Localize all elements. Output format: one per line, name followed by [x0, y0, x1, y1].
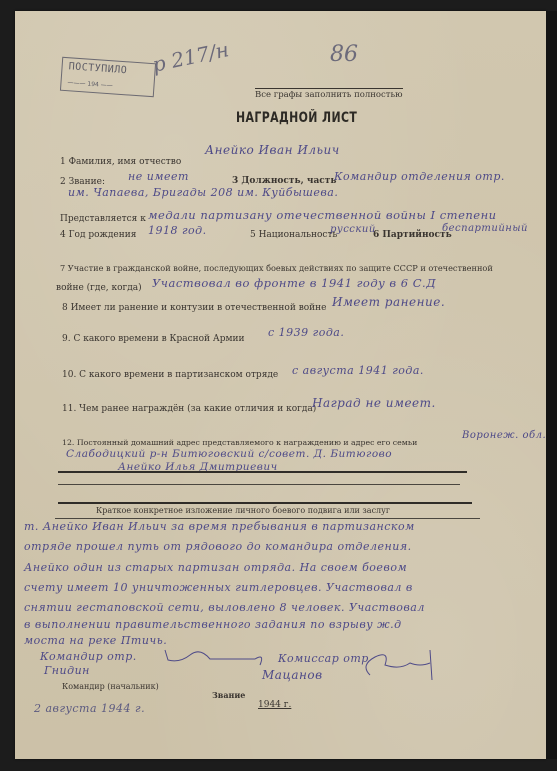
- field-4-label: 4 Год рождения: [60, 230, 136, 240]
- received-stamp: ПОСТУПИЛО ——— 194 ——: [60, 57, 156, 97]
- summary-line: моста на реке Птичь.: [24, 634, 167, 647]
- field-8-label: 8 Имеет ли ранение и контузии в отечеств…: [62, 303, 327, 313]
- field-3-value-cont: им. Чапаева, Бригады 208 им. Куйбышева.: [68, 186, 338, 199]
- field-12-value-cont: Слабодицкий р-н Битюговский с/совет. Д. …: [66, 448, 392, 460]
- summary-line: снятии гестаповской сети, выловлено 8 че…: [24, 601, 425, 614]
- field-7-label-cont: войне (где, когда): [56, 283, 142, 293]
- commander-signature: [160, 645, 270, 670]
- summary-line: в выполнении правительственного задания …: [24, 618, 402, 631]
- commissar-handwritten: Комиссар отр: [278, 652, 369, 665]
- award-value: медали партизану отечественной войны I с…: [148, 208, 497, 222]
- field-1-value: Анейко Иван Ильич: [205, 143, 340, 157]
- scan-border: [546, 11, 557, 759]
- field-3-label: 3 Должность, часть: [232, 176, 336, 186]
- field-5-label: 5 Национальность: [250, 230, 337, 240]
- field-10-label: 10. С какого времени в партизанском отря…: [62, 370, 278, 380]
- instruction-text: Все графы заполнить полностью: [255, 88, 403, 100]
- summary-line: отряде прошел путь от рядового до команд…: [24, 540, 412, 553]
- field-12-label: 12. Постоянный домашний адрес представля…: [62, 438, 417, 447]
- page-number: 86: [330, 42, 358, 67]
- field-11-value: Наград не имеет.: [312, 396, 436, 410]
- stamp-year: ——— 194 ——: [67, 79, 113, 89]
- summary-line: т. Анейко Иван Ильич за время пребывания…: [24, 520, 415, 533]
- field-7-value: Участвовал во фронте в 1941 году в 6 С.Д: [152, 276, 436, 290]
- award-label: Представляется к: [60, 214, 146, 224]
- field-11-label: 11. Чем ранее награждён (за какие отличи…: [62, 404, 316, 414]
- commissar-name: Мацанов: [262, 668, 323, 682]
- summary-heading: Краткое конкретное изложение личного бое…: [96, 506, 390, 515]
- field-1-label: 1 Фамилия, имя отчество: [60, 157, 181, 167]
- field-12-value: Воронеж. обл.: [462, 430, 546, 441]
- commissar-signature: [360, 645, 440, 685]
- stamp-label: ПОСТУПИЛО: [68, 61, 127, 76]
- field-2-value: не имеет: [128, 170, 189, 183]
- year-printed: 1944 г.: [258, 700, 291, 710]
- summary-line: Анейко один из старых партизан отряда. Н…: [24, 561, 407, 574]
- field-10-value: с августа 1941 года.: [292, 364, 424, 377]
- summary-line: счету имеет 10 уничтоженных гитлеровцев.…: [24, 581, 413, 594]
- commander-name: Гнидин: [44, 664, 90, 677]
- field-3-value: Командир отделения отр.: [334, 170, 505, 183]
- field-9-value: с 1939 года.: [268, 326, 344, 339]
- ruled-line: [55, 518, 480, 519]
- commander-printed-label: Командир (начальник): [62, 682, 159, 691]
- field-9-label: 9. С какого времени в Красной Армии: [62, 334, 244, 344]
- field-4-value: 1918 год.: [148, 224, 207, 237]
- ruled-line: [58, 502, 472, 504]
- document-title: НАГРАДНОЙ ЛИСТ: [236, 110, 357, 126]
- rank-printed-label: Звание: [212, 690, 245, 700]
- ruled-line: [375, 471, 467, 473]
- date-handwritten: 2 августа 1944 г.: [34, 702, 145, 715]
- commander-handwritten: Командир отр.: [40, 650, 137, 663]
- field-6-value: беспартийный: [442, 223, 528, 234]
- ruled-line: [58, 484, 460, 485]
- field-7-label: 7 Участие в гражданской войне, последующ…: [60, 263, 493, 273]
- field-6-label: 6 Партийность: [373, 230, 452, 240]
- field-5-value: русский: [330, 224, 376, 235]
- field-8-value: Имеет ранение.: [332, 295, 445, 309]
